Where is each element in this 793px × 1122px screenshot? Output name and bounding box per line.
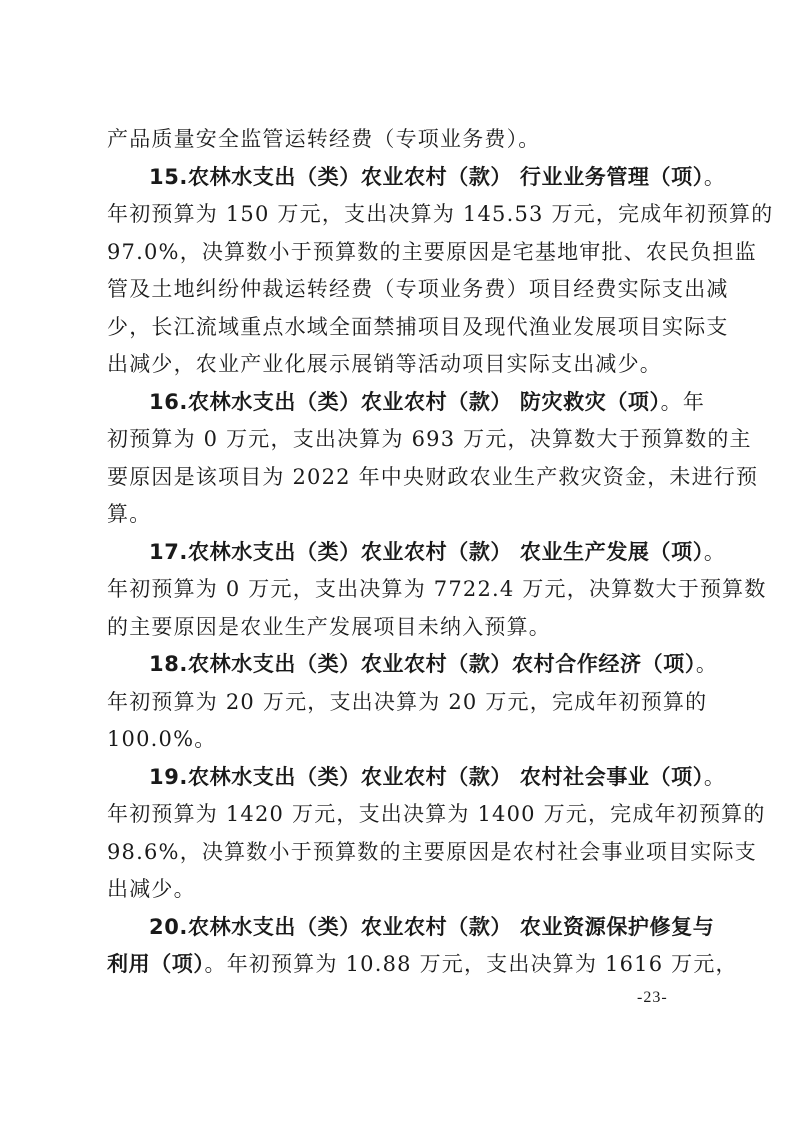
section-title: 农林水支出（类）农业农村（款） 农业资源保护修复与: [188, 915, 714, 939]
section-heading: 16.农林水支出（类）农业农村（款） 防灾救灾（项）。年: [107, 384, 697, 422]
text-line: 100.0%。: [107, 721, 697, 759]
document-page: 产品质量安全监管运转经费（专项业务费）。 15.农林水支出（类）农业农村（款） …: [107, 121, 697, 984]
text-line: 出减少。: [107, 871, 697, 909]
section-19: 19.农林水支出（类）农业农村（款） 农村社会事业（项）。 年初预算为 1420…: [107, 759, 697, 909]
section-heading: 17.农林水支出（类）农业农村（款） 农业生产发展（项）。: [107, 534, 697, 572]
text-line: 年初预算为 1420 万元，支出决算为 1400 万元，完成年初预算的: [107, 796, 697, 834]
section-number: 17.: [149, 540, 188, 564]
text-line: 年初预算为 150 万元，支出决算为 145.53 万元，完成年初预算的: [107, 196, 697, 234]
section-heading: 15.农林水支出（类）农业农村（款） 行业业务管理（项）。: [107, 159, 697, 197]
section-heading-tail: 。: [704, 540, 726, 564]
text-line: 98.6%，决算数小于预算数的主要原因是农村社会事业项目实际支: [107, 834, 697, 872]
text-line: 出减少，农业产业化展示展销等活动项目实际支出减少。: [107, 346, 697, 384]
section-18: 18.农林水支出（类）农业农村（款）农村合作经济（项）。 年初预算为 20 万元…: [107, 646, 697, 759]
section-16: 16.农林水支出（类）农业农村（款） 防灾救灾（项）。年 初预算为 0 万元，支…: [107, 384, 697, 534]
section-title: 农林水支出（类）农业农村（款） 农村社会事业（项）: [188, 765, 704, 789]
section-title-continuation: 利用（项）: [107, 952, 205, 976]
section-title: 农林水支出（类）农业农村（款） 防灾救灾（项）: [188, 390, 661, 414]
text-line: 的主要原因是农业生产发展项目未纳入预算。: [107, 609, 697, 647]
text-line: 管及土地纠纷仲裁运转经费（专项业务费）项目经费实际支出减: [107, 271, 697, 309]
section-heading: 20.农林水支出（类）农业农村（款） 农业资源保护修复与: [107, 909, 697, 947]
section-number: 20.: [149, 915, 188, 939]
section-heading: 18.农林水支出（类）农业农村（款）农村合作经济（项）。: [107, 646, 697, 684]
text-line: 年初预算为 0 万元，支出决算为 7722.4 万元，决算数大于预算数: [107, 571, 697, 609]
text-line: 97.0%，决算数小于预算数的主要原因是宅基地审批、农民负担监: [107, 234, 697, 272]
section-heading-tail: 。年: [661, 390, 705, 414]
text-line: 年初预算为 20 万元，支出决算为 20 万元，完成年初预算的: [107, 684, 697, 722]
page-number: -23-: [637, 988, 668, 1008]
text-line: 少，长江流域重点水域全面禁捕项目及现代渔业发展项目实际支: [107, 309, 697, 347]
section-title: 农林水支出（类）农业农村（款）农村合作经济（项）: [188, 652, 696, 676]
section-heading-tail: 。: [704, 165, 726, 189]
section-heading: 19.农林水支出（类）农业农村（款） 农村社会事业（项）。: [107, 759, 697, 797]
text-line: 初预算为 0 万元，支出决算为 693 万元，决算数大于预算数的主: [107, 421, 697, 459]
text-line-body: 。年初预算为 10.88 万元，支出决算为 1616 万元，: [205, 952, 738, 976]
continuation-paragraph: 产品质量安全监管运转经费（专项业务费）。: [107, 121, 697, 159]
section-17: 17.农林水支出（类）农业农村（款） 农业生产发展（项）。 年初预算为 0 万元…: [107, 534, 697, 647]
section-20: 20.农林水支出（类）农业农村（款） 农业资源保护修复与 利用（项）。年初预算为…: [107, 909, 697, 984]
text-line: 利用（项）。年初预算为 10.88 万元，支出决算为 1616 万元，: [107, 946, 697, 984]
section-title: 农林水支出（类）农业农村（款） 农业生产发展（项）: [188, 540, 704, 564]
section-number: 16.: [149, 390, 188, 414]
section-number: 15.: [149, 165, 188, 189]
section-number: 19.: [149, 765, 188, 789]
section-number: 18.: [149, 652, 188, 676]
section-heading-tail: 。: [704, 765, 726, 789]
text-line: 产品质量安全监管运转经费（专项业务费）。: [107, 121, 697, 159]
text-line: 算。: [107, 496, 697, 534]
section-15: 15.农林水支出（类）农业农村（款） 行业业务管理（项）。 年初预算为 150 …: [107, 159, 697, 384]
section-heading-tail: 。: [696, 652, 718, 676]
text-line: 要原因是该项目为 2022 年中央财政农业生产救灾资金，未进行预: [107, 459, 697, 497]
section-title: 农林水支出（类）农业农村（款） 行业业务管理（项）: [188, 165, 704, 189]
